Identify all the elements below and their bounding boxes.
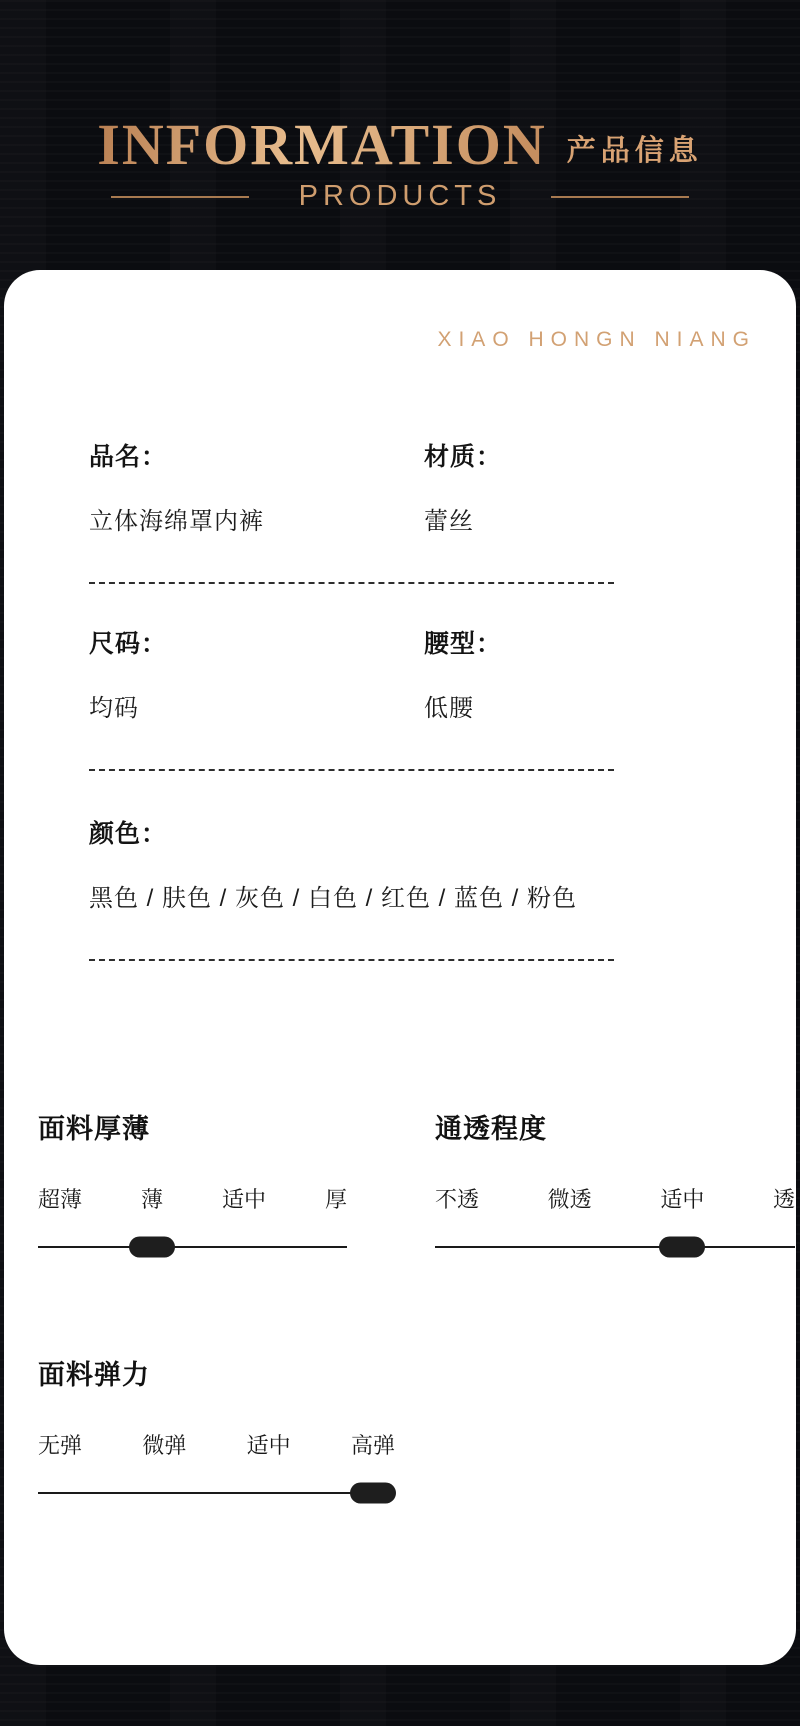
subtitle-row: PRODUCTS	[0, 182, 800, 211]
product-information-page: INFORMATION 产品信息 PRODUCTS XIAO HONGN NIA…	[0, 0, 800, 1726]
ghost-option: 透	[773, 1235, 795, 1259]
ghost-option: 适中	[660, 1235, 704, 1259]
slider-fabric-elasticity: 面料弹力 无弹 微弹 适中 高弹 无弹 微弹 适中 高弹	[38, 1359, 395, 1505]
spec-row-labels: 尺码： 腰型：	[89, 629, 614, 659]
spec-list: 品名： 材质： 立体海绵罩内裤 蕾丝 尺码： 腰型： 均码 低腰 颜色：	[89, 442, 614, 961]
spec-label-material: 材质：	[424, 442, 502, 472]
ghost-option: 高弹	[351, 1481, 395, 1505]
ghost-option: 厚	[325, 1235, 347, 1259]
left-rule	[111, 196, 249, 198]
spec-label-size: 尺码：	[89, 629, 424, 659]
slider-ghost-scale: 无弹 微弹 适中 高弹	[38, 1481, 395, 1505]
ghost-option: 微弹	[142, 1481, 186, 1505]
scale-option: 无弹	[38, 1433, 82, 1459]
scale-option: 微弹	[142, 1433, 186, 1459]
slider-scale-labels: 超薄 薄 适中 厚	[38, 1187, 347, 1213]
scale-option: 透	[773, 1187, 795, 1213]
spec-row-values: 均码 低腰	[89, 695, 614, 723]
dashed-divider	[89, 959, 614, 961]
product-info-card: XIAO HONGN NIANG 品名： 材质： 立体海绵罩内裤 蕾丝 尺码： …	[4, 270, 796, 1665]
dashed-divider	[89, 582, 614, 584]
scale-option: 厚	[325, 1187, 347, 1213]
brand-name: XIAO HONGN NIANG	[4, 270, 756, 352]
slider-scale-labels: 不透 微透 适中 透	[435, 1187, 795, 1213]
ghost-option: 无弹	[38, 1481, 82, 1505]
slider-title: 面料弹力	[38, 1359, 395, 1391]
spec-label-waist: 腰型：	[424, 629, 502, 659]
spec-label-product-name: 品名：	[89, 442, 424, 472]
spec-row-values: 黑色 / 肤色 / 灰色 / 白色 / 红色 / 蓝色 / 粉色	[89, 885, 614, 913]
scale-option: 超薄	[38, 1187, 82, 1213]
spec-row-labels: 颜色：	[89, 819, 614, 849]
scale-option: 微透	[548, 1187, 592, 1213]
title-row: INFORMATION 产品信息	[0, 116, 800, 174]
slider-ghost-scale: 超薄 薄 适中 厚	[38, 1235, 347, 1259]
spec-value-waist: 低腰	[424, 695, 474, 723]
scale-option: 薄	[141, 1187, 163, 1213]
scale-option: 适中	[222, 1187, 266, 1213]
slider-thumb	[350, 1483, 396, 1504]
spec-row-values: 立体海绵罩内裤 蕾丝	[89, 508, 614, 536]
page-subtitle: PRODUCTS	[299, 182, 502, 211]
slider-track: 无弹 微弹 适中 高弹	[38, 1481, 395, 1505]
page-title: INFORMATION	[97, 116, 546, 174]
ghost-option: 不透	[435, 1235, 479, 1259]
page-title-cn: 产品信息	[567, 128, 703, 169]
ghost-option: 适中	[222, 1235, 266, 1259]
scale-option: 适中	[247, 1433, 291, 1459]
slider-scale-labels: 无弹 微弹 适中 高弹	[38, 1433, 395, 1459]
slider-title: 面料厚薄	[38, 1113, 347, 1145]
spec-row-labels: 品名： 材质：	[89, 442, 614, 472]
spec-label-color: 颜色：	[89, 819, 167, 849]
scale-option: 高弹	[351, 1433, 395, 1459]
slider-ghost-scale: 不透 微透 适中 透	[435, 1235, 795, 1259]
right-rule	[551, 196, 689, 198]
spec-value-material: 蕾丝	[424, 508, 474, 536]
spec-value-color: 黑色 / 肤色 / 灰色 / 白色 / 红色 / 蓝色 / 粉色	[89, 885, 577, 913]
ghost-option: 微透	[548, 1235, 592, 1259]
slider-thumb	[659, 1237, 705, 1258]
slider-thumb	[129, 1237, 175, 1258]
header: INFORMATION 产品信息 PRODUCTS	[0, 0, 800, 270]
scale-option: 不透	[435, 1187, 479, 1213]
dashed-divider	[89, 769, 614, 771]
slider-track: 超薄 薄 适中 厚	[38, 1235, 347, 1259]
scale-option: 适中	[660, 1187, 704, 1213]
slider-fabric-thickness: 面料厚薄 超薄 薄 适中 厚 超薄 薄 适中 厚	[38, 1113, 347, 1259]
spec-value-size: 均码	[89, 695, 424, 723]
slider-title: 通透程度	[435, 1113, 795, 1145]
slider-row: 面料厚薄 超薄 薄 适中 厚 超薄 薄 适中 厚	[38, 1113, 796, 1259]
ghost-option: 薄	[141, 1235, 163, 1259]
slider-track: 不透 微透 适中 透	[435, 1235, 795, 1259]
slider-transparency: 通透程度 不透 微透 适中 透 不透 微透 适中 透	[435, 1113, 795, 1259]
ghost-option: 适中	[247, 1481, 291, 1505]
spec-value-product-name: 立体海绵罩内裤	[89, 508, 424, 536]
ghost-option: 超薄	[38, 1235, 82, 1259]
